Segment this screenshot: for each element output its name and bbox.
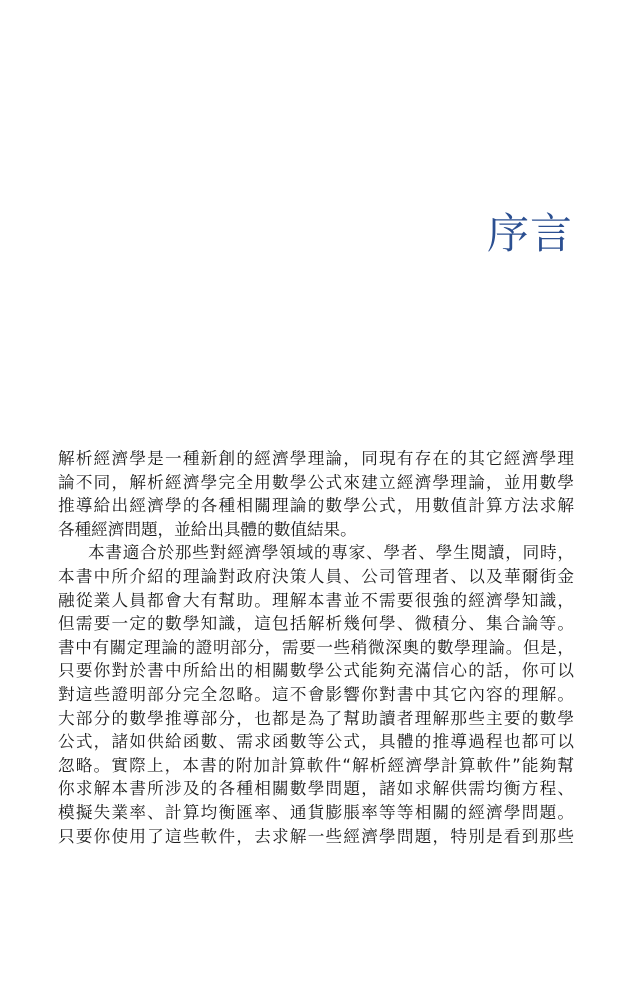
text-line: 書中有關定理論的證明部分，需要一些稍微深奧的數學理論。但是， [58,636,574,660]
chapter-title: 序言 [487,208,573,260]
text-line: 你求解本書所涉及的各種相關數學問題，諸如求解供需均衡方程、 [58,777,574,801]
text-line: 對這些證明部分完全忽略。這不會影響你對書中其它內容的理解。 [58,683,574,707]
paragraph-1: 解析經濟學是一種新創的經濟學理論，同現有存在的其它經濟學理 論不同，解析經濟學完… [58,447,574,541]
text-line: 本書中所介紹的理論對政府決策人員、公司管理者、以及華爾街金 [58,565,574,589]
text-line: 只要你對於書中所給出的相關數學公式能夠充滿信心的話，你可以 [58,659,574,683]
text-line: 本書適合於那些對經濟學領域的專家、學者、學生閱讀，同時， [58,541,574,565]
text-line: 模擬失業率、計算均衡匯率、通貨膨脹率等等相關的經濟學問題。 [58,801,574,825]
text-line: 但需要一定的數學知識，這包括解析幾何學、微積分、集合論等。 [58,612,574,636]
text-line: 解析經濟學是一種新創的經濟學理論，同現有存在的其它經濟學理 [58,447,574,471]
text-line: 忽略。實際上，本書的附加計算軟件“解析經濟學計算軟件”能夠幫 [58,754,574,778]
paragraph-2: 本書適合於那些對經濟學領域的專家、學者、學生閱讀，同時， 本書中所介紹的理論對政… [58,541,574,848]
text-line: 大部分的數學推導部分，也都是為了幫助讀者理解那些主要的數學 [58,707,574,731]
text-line: 各種經濟問題，並給出具體的數值結果。 [58,518,574,542]
text-line: 推導給出經濟學的各種相關理論的數學公式，用數值計算方法求解 [58,494,574,518]
text-line: 論不同，解析經濟學完全用數學公式來建立經濟學理論，並用數學 [58,471,574,495]
text-line: 融從業人員都會大有幫助。理解本書並不需要很強的經濟學知識， [58,589,574,613]
text-line: 公式，諸如供給函數、需求函數等公式，具體的推導過程也都可以 [58,730,574,754]
document-page: 序言 解析經濟學是一種新創的經濟學理論，同現有存在的其它經濟學理 論不同，解析經… [0,0,644,1000]
preface-body: 解析經濟學是一種新創的經濟學理論，同現有存在的其它經濟學理 論不同，解析經濟學完… [58,447,574,848]
text-line: 只要你使用了這些軟件，去求解一些經濟學問題，特別是看到那些 [58,825,574,849]
